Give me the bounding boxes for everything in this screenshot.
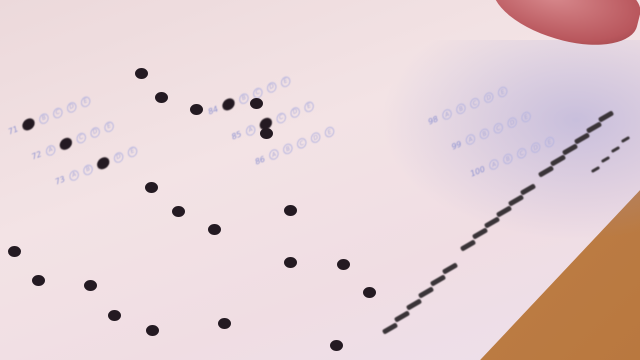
question-number: 98 (420, 114, 439, 130)
question-number: 100 (467, 164, 486, 180)
bubble-a[interactable]: A (488, 158, 499, 172)
filled-bubble (260, 128, 273, 139)
filled-bubble (145, 182, 158, 193)
bubble-d[interactable]: D (89, 125, 100, 139)
bubble-e[interactable]: E (324, 125, 335, 139)
bubble-d[interactable]: D (66, 100, 77, 114)
bubble-b[interactable]: B (82, 163, 93, 177)
bubble-b-filled[interactable] (59, 136, 73, 152)
filled-bubble (135, 68, 148, 79)
bubble-d[interactable]: D (310, 131, 321, 145)
filled-bubble (108, 310, 121, 321)
bubble-e[interactable]: E (280, 75, 291, 89)
filled-bubble (337, 259, 350, 270)
bubble-d[interactable]: D (113, 150, 124, 164)
bubble-a[interactable]: A (268, 148, 279, 162)
filled-bubble (284, 257, 297, 268)
filled-bubble (190, 104, 203, 115)
bubble-b[interactable]: B (455, 102, 466, 116)
filled-bubble (284, 205, 297, 216)
question-number: 71 (0, 124, 19, 140)
bubble-e[interactable]: E (544, 135, 555, 149)
filled-bubble (218, 318, 231, 329)
bubble-b[interactable]: B (238, 91, 249, 105)
bubble-a[interactable]: A (45, 143, 56, 157)
bubble-b[interactable]: B (38, 111, 49, 125)
question-number: 73 (47, 174, 66, 190)
bubble-d[interactable]: D (289, 105, 300, 119)
bubble-a[interactable]: A (465, 133, 476, 147)
filled-bubble (172, 206, 185, 217)
bubble-a[interactable]: A (245, 123, 256, 137)
question-number: 84 (200, 104, 219, 120)
bubble-e[interactable]: E (127, 145, 138, 159)
filled-bubble (208, 224, 221, 235)
bubble-a[interactable]: A (441, 108, 452, 122)
bubble-e[interactable]: E (497, 85, 508, 99)
bubble-c[interactable]: C (469, 96, 480, 110)
bubble-d[interactable]: D (266, 80, 277, 94)
bubble-e[interactable]: E (520, 110, 531, 124)
bubble-d[interactable]: D (506, 116, 517, 130)
filled-bubble (146, 325, 159, 336)
bubble-c[interactable]: C (75, 131, 86, 145)
filled-bubble (330, 340, 343, 351)
filled-bubble (8, 246, 21, 257)
bubble-b[interactable]: B (479, 127, 490, 141)
question-number: 86 (247, 154, 266, 170)
bubble-c[interactable]: C (275, 111, 286, 125)
bubble-d[interactable]: D (530, 141, 541, 155)
filled-bubble (84, 280, 97, 291)
bubble-a[interactable]: A (68, 168, 79, 182)
filled-bubble (32, 275, 45, 286)
bubble-b[interactable]: B (502, 152, 513, 166)
bubble-c[interactable]: C (52, 106, 63, 120)
bubble-e[interactable]: E (80, 95, 91, 109)
bubble-c[interactable]: C (296, 136, 307, 150)
bubble-grid: 71 B C D E 72 A C D E 73 A B D E (0, 0, 640, 360)
filled-bubble (250, 98, 263, 109)
bubble-c-filled[interactable] (96, 155, 110, 171)
bubble-e[interactable]: E (303, 100, 314, 114)
bubble-a-filled[interactable] (221, 97, 235, 113)
bubble-c[interactable]: C (516, 146, 527, 160)
photo-scene: 71 B C D E 72 A C D E 73 A B D E (0, 0, 640, 360)
question-number: 99 (444, 139, 463, 155)
question-number: 72 (24, 149, 43, 165)
bubble-b[interactable]: B (282, 142, 293, 156)
bubble-a-filled[interactable] (21, 117, 35, 133)
question-number: 85 (224, 129, 243, 145)
filled-bubble (155, 92, 168, 103)
bubble-c[interactable]: C (493, 121, 504, 135)
bubble-e[interactable]: E (103, 120, 114, 134)
bubble-d[interactable]: D (483, 91, 494, 105)
filled-bubble (363, 287, 376, 298)
